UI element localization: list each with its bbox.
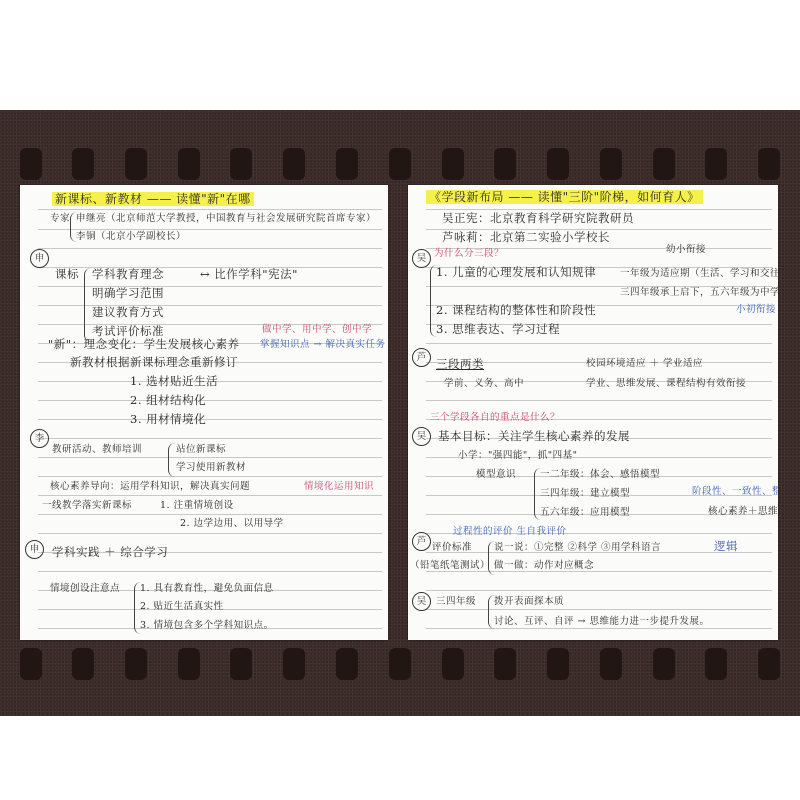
note-line: "新"：理念变化：学生发展核心素养 <box>48 337 240 351</box>
section-marker: 吴 <box>412 427 431 446</box>
right-note: 学业、思维发展、课程结构有效衔接 <box>586 377 746 391</box>
page-title-left: 新课标、新教材 —— 读懂"新"在哪 <box>52 192 254 206</box>
list-item: 1. 具有教育性，避免负面信息 <box>140 582 274 596</box>
blue-note: 掌握知识点 → 解决真实任务 <box>260 338 386 352</box>
expert-1: 申继亮（北京师范大学教授，中国教育与社会发展研究院首席专家） <box>76 212 376 226</box>
film-hole <box>283 148 305 180</box>
film-hole <box>125 148 147 180</box>
film-hole <box>178 648 200 680</box>
section-marker: 吴 <box>412 249 431 268</box>
film-hole <box>283 648 305 680</box>
blue-note: 过程性的评价 生自我评价 <box>453 525 567 539</box>
note-line: 核心素养导向：运用学科知识，解决真实问题 <box>50 480 250 494</box>
film-hole <box>230 148 252 180</box>
right-note: 校园环境适应 ＋ 学业适应 <box>586 357 703 371</box>
notebook-page-right: 《学段新布局 —— 读懂"三阶"阶梯，如何育人》 吴正宪：北京教育科学研究院教研… <box>408 185 778 640</box>
blue-note: 小初衔接 <box>736 303 776 317</box>
film-hole <box>547 148 569 180</box>
film-hole <box>72 148 94 180</box>
list-item: 2. 贴近生活真实性 <box>140 600 224 614</box>
film-hole <box>653 648 675 680</box>
pink-note: 做中学、用中学、创中学 <box>262 323 372 337</box>
expert-1: 吴正宪：北京教育科学研究院教研员 <box>442 211 634 225</box>
film-holes-top <box>0 148 800 180</box>
list-item: 讨论、互评、自评 → 思维能力进一步提升发展。 <box>494 615 710 629</box>
pink-note: 情境化运用知识 <box>304 480 374 494</box>
section-head: 基本目标：关注学生核心素养的发展 <box>438 429 630 443</box>
section-marker: 吴 <box>412 592 431 611</box>
film-hole <box>758 148 780 180</box>
film-hole <box>547 648 569 680</box>
film-hole <box>705 648 727 680</box>
brace <box>168 443 175 477</box>
list-item: 建议教育方式 <box>92 305 164 319</box>
blue-note: 阶段性、一致性、整体 <box>692 485 778 499</box>
note-line: 新教材根据新课标理念重新修订 <box>70 355 238 369</box>
note: 三四年级承上启下，五六年级为中学做 <box>620 286 778 300</box>
sub-line: 学前、义务、高中 <box>444 377 524 391</box>
film-hole <box>72 648 94 680</box>
film-hole <box>336 648 358 680</box>
list-item: 学习使用新教材 <box>176 461 246 475</box>
film-hole <box>125 648 147 680</box>
sub-line: 小学："强四能"，抓"四基" <box>458 449 577 463</box>
list-item: 学科教育理念 <box>92 267 164 281</box>
film-hole <box>442 648 464 680</box>
list-item: 说一说：①完整 ②科学 ③用学科语言 <box>494 541 661 555</box>
list-item: 一二年级：体会、感悟模型 <box>540 468 660 482</box>
film-hole <box>705 148 727 180</box>
pink-question: 为什么分三段？ <box>434 247 504 261</box>
list-item: 做一做：动作对应概念 <box>494 559 594 573</box>
list-item: 2. 边学边用、以用导学 <box>180 517 284 531</box>
section-head: 学科实践 ＋ 综合学习 <box>52 545 168 559</box>
note-line: 一线教学落实新课标 <box>42 499 132 513</box>
expert-2: 芦咏莉：北京第二实验小学校长 <box>442 230 610 244</box>
page-title-right: 《学段新布局 —— 读懂"三阶"阶梯，如何育人》 <box>426 190 703 204</box>
film-hole <box>20 148 42 180</box>
section-marker: 芦 <box>412 348 431 367</box>
section-head: 三四年级 <box>436 595 476 609</box>
list-item: 1. 儿童的心理发展和认知规律 <box>436 265 596 279</box>
film-hole <box>494 148 516 180</box>
sub-line: （铅笔纸笔测试） <box>410 559 490 573</box>
list-item: 3. 用材情境化 <box>130 412 206 426</box>
list-item: 五六年级：应用模型 <box>540 506 630 520</box>
section-head: 教研活动、教师培训 <box>52 443 142 457</box>
section-head: 课标 <box>55 267 79 281</box>
section-head: 三段两类 <box>436 357 484 371</box>
notebook-page-left: 新课标、新教材 —— 读懂"新"在哪 专家 申继亮（北京师范大学教授，中国教育与… <box>20 185 388 640</box>
list-item: 站位新课标 <box>176 443 226 457</box>
section-marker: 李 <box>30 429 49 448</box>
film-hole <box>389 148 411 180</box>
film-hole <box>600 648 622 680</box>
note: 一年级为适应期（生活、学习和交往） <box>620 267 778 281</box>
film-hole <box>494 648 516 680</box>
note: 幼小衔接 <box>666 243 706 257</box>
list-item: 三四年级：建立模型 <box>540 487 630 501</box>
pink-question: 三个学段各自的重点是什么？ <box>430 411 560 425</box>
list-item: 1. 注重情境创设 <box>160 499 234 513</box>
experts-label: 专家 <box>50 212 70 226</box>
expert-2: 李铜（北京小学副校长） <box>76 230 186 244</box>
film-hole <box>336 148 358 180</box>
film-hole <box>20 648 42 680</box>
list-item: 1. 选材贴近生活 <box>130 374 218 388</box>
list-item: 3. 情境包含多个学科知识点。 <box>140 619 274 633</box>
film-hole <box>230 648 252 680</box>
film-holes-bottom <box>0 648 800 680</box>
film-hole <box>758 648 780 680</box>
section-head: 评价标准 <box>432 541 472 555</box>
film-hole <box>442 148 464 180</box>
aside-note: ↔ 比作学科"宪法" <box>200 267 298 281</box>
list-item: 2. 课程结构的整体性和阶段性 <box>436 303 596 317</box>
list-item: 明确学习范围 <box>92 286 164 300</box>
film-hole <box>600 148 622 180</box>
note: 核心素养＋思维能 <box>708 505 778 519</box>
film-hole <box>178 148 200 180</box>
film-hole <box>389 648 411 680</box>
section-marker: 申 <box>25 540 44 559</box>
list-item: 2. 组材结构化 <box>130 393 206 407</box>
label: 模型意识 <box>476 468 516 482</box>
list-item: 考试评价标准 <box>92 324 164 338</box>
film-hole <box>653 148 675 180</box>
list-item: 3. 思维表达、学习过程 <box>436 322 560 336</box>
sub-head: 情境创设注意点 <box>50 582 120 596</box>
brace <box>84 268 91 342</box>
section-marker: 芦 <box>412 532 431 551</box>
list-item: 拨开表面探本质 <box>494 595 564 609</box>
section-marker: 申 <box>30 249 49 268</box>
blue-word: 逻辑 <box>714 539 738 553</box>
